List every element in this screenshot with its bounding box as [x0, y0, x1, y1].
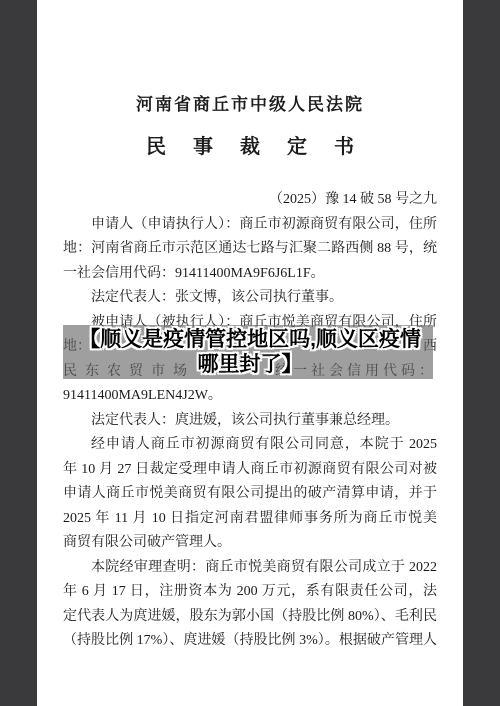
body-line: 申请人商丘市悦美商贸有限公司提出的破产清算申请，并于 [63, 482, 437, 507]
body-line: 2025 年 11 月 10 日指定河南君盟律师事务所为商丘市悦美 [63, 507, 437, 532]
body-line: 年 6 月 17 日，注册资本为 200 万元，系有限责任公司，法 [63, 580, 437, 605]
body-line: 法定代表人：张文博，该公司执行董事。 [63, 286, 437, 311]
right-letterbox-bar [463, 0, 500, 706]
body-line: 法定代表人：庹进媛，该公司执行董事兼总经理。 [63, 409, 437, 434]
watermark-overlay-text: 【顺义是疫情管控地区吗,顺义区疫情 哪里封了】 [53, 327, 447, 377]
body-line: 定代表人为庹进媛，股东为郭小国（持股比例 80%）、毛利民 [63, 605, 437, 630]
document-title: 民 事 裁 定 书 [63, 130, 437, 159]
left-letterbox-bar [0, 0, 37, 706]
watermark-line-2: 哪里封了】 [53, 352, 447, 377]
watermark-line-1: 【顺义是疫情管控地区吗,顺义区疫情 [53, 327, 447, 352]
case-number: （2025）豫 14 破 58 号之九 [63, 188, 437, 213]
body-line: 申请人（申请执行人）：商丘市初源商贸有限公司，住所 [63, 213, 437, 238]
body-line: 经申请人商丘市初源商贸有限公司同意，本院于 2025 [63, 433, 437, 458]
body-line: 91411400MA9LEN4J2W。 [63, 384, 437, 409]
body-line: 本院经审理查明：商丘市悦美商贸有限公司成立于 2022 [63, 556, 437, 581]
body-line: 商贸有限公司破产管理人。 [63, 531, 437, 556]
body-line: 年 10 月 27 日裁定受理申请人商丘市初源商贸有限公司对被 [63, 458, 437, 483]
court-name-heading: 河南省商丘市中级人民法院 [63, 90, 437, 115]
court-document-page: 河南省商丘市中级人民法院 民 事 裁 定 书 （2025）豫 14 破 58 号… [0, 0, 500, 706]
body-line: 地：河南省商丘市示范区通达七路与汇聚二路西侧 88 号，统 [63, 237, 437, 262]
body-line: 一社会信用代码：91411400MA9F6J6L1F。 [63, 262, 437, 287]
document-body: （2025）豫 14 破 58 号之九 申请人（申请执行人）：商丘市初源商贸有限… [63, 188, 437, 654]
body-line: （持股比例 17%）、庹进媛（持股比例 3%）。根据破产管理人 [63, 629, 437, 654]
